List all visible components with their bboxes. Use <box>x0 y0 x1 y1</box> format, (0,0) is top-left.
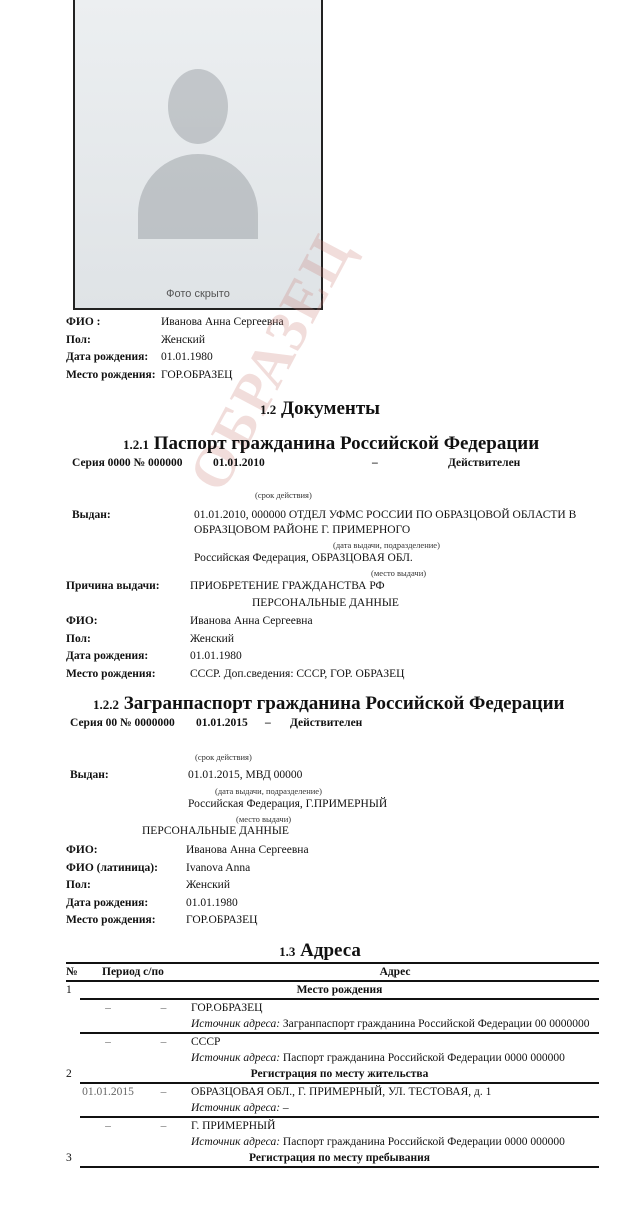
source-value: Паспорт гражданина Российской Федерации … <box>283 1136 565 1148</box>
field-label: Пол: <box>66 631 190 649</box>
addresses-heading: 1.3 Адреса <box>0 940 640 962</box>
passport-personal-data: ФИО:Иванова Анна Сергеевна Пол:Женский Д… <box>66 613 404 683</box>
period-from: 01.01.2015 <box>80 1083 136 1100</box>
summary-value: ГОР.ОБРАЗЕЦ <box>161 367 232 385</box>
field-value: СССР. Доп.сведения: СССР, ГОР. ОБРАЗЕЦ <box>190 666 404 684</box>
section-number: 1.2 <box>260 402 276 417</box>
foreign-personal-data: ФИО:Иванова Анна Сергеевна ФИО (латиница… <box>66 842 309 930</box>
foreign-series: Серия 00 № 0000000 <box>70 717 175 729</box>
personal-data-heading: ПЕРСОНАЛЬНЫЕ ДАННЫЕ <box>142 825 289 837</box>
issued-line-1: 01.01.2015, МВД 00000 <box>188 769 302 781</box>
place-caption: (место выдачи) <box>236 814 291 824</box>
source-value: Загранпаспорт гражданина Российской Феде… <box>283 1018 590 1030</box>
address-value: ГОР.ОБРАЗЕЦ <box>191 999 599 1016</box>
photo-placeholder: Фото скрыто <box>73 0 323 310</box>
field-label: ФИО: <box>66 613 190 631</box>
summary-block: ФИО :Иванова Анна Сергеевна Пол:Женский … <box>66 314 284 384</box>
personal-data-heading: ПЕРСОНАЛЬНЫЕ ДАННЫЕ <box>252 597 399 609</box>
section-number: 3 <box>66 1150 80 1167</box>
section-title: Загранпаспорт гражданина Российской Феде… <box>124 693 565 714</box>
field-value: Иванова Анна Сергеевна <box>190 613 313 631</box>
section-title: Регистрация по месту пребывания <box>80 1150 599 1167</box>
column-header-period: Период с/по <box>80 963 191 981</box>
address-source: Источник адреса: – <box>191 1100 599 1117</box>
table-row-source: Источник адреса: Паспорт гражданина Росс… <box>66 1134 599 1150</box>
section-number: 1 <box>66 981 80 999</box>
summary-label: Пол: <box>66 332 161 350</box>
summary-value: 01.01.1980 <box>161 349 213 367</box>
summary-label: Дата рождения: <box>66 349 161 367</box>
section-number: 2 <box>66 1066 80 1083</box>
summary-label: Место рождения: <box>66 367 161 385</box>
field-value: Женский <box>190 631 234 649</box>
issued-line-1: 01.01.2010, 000000 ОТДЕЛ УФМС РОССИИ ПО … <box>194 509 576 521</box>
passport-series: Серия 0000 № 000000 <box>72 457 182 469</box>
passport-issued-date: 01.01.2010 <box>213 457 265 469</box>
field-label: Место рождения: <box>66 912 186 930</box>
address-value: Г. ПРИМЕРНЫЙ <box>191 1117 599 1134</box>
passport-status: Действителен <box>448 457 520 469</box>
section-number: 1.2.1 <box>123 437 149 452</box>
issued-line-2: ОБРАЗЦОВОМ РАЙОНЕ Г. ПРИМЕРНОГО <box>194 524 410 536</box>
table-row: ––СССР <box>66 1033 599 1050</box>
address-source: Источник адреса: Паспорт гражданина Росс… <box>191 1134 599 1150</box>
addresses-table: № Период с/по Адрес 1Место рождения––ГОР… <box>66 962 599 1168</box>
section-number: 1.2.2 <box>93 697 119 712</box>
period-from: – <box>80 1117 136 1134</box>
foreign-status: Действителен <box>290 717 362 729</box>
person-silhouette-icon <box>138 69 258 239</box>
address-section-row: 1Место рождения <box>66 981 599 999</box>
field-label: Пол: <box>66 877 186 895</box>
spacer-cell <box>80 1050 191 1066</box>
field-value: 01.01.1980 <box>186 895 238 913</box>
summary-value: Женский <box>161 332 205 350</box>
field-value: Ivanova Anna <box>186 860 250 878</box>
section-title: Регистрация по месту жительства <box>80 1066 599 1083</box>
source-label: Источник адреса: <box>191 1052 283 1064</box>
spacer-cell <box>80 1016 191 1033</box>
table-row-source: Источник адреса: Загранпаспорт гражданин… <box>66 1016 599 1033</box>
section-title: Документы <box>281 398 380 419</box>
issued-label: Выдан: <box>72 509 111 521</box>
table-header-row: № Период с/по Адрес <box>66 963 599 981</box>
spacer-cell <box>66 1100 80 1117</box>
reason-label: Причина выдачи: <box>66 580 160 592</box>
column-header-number: № <box>66 963 80 981</box>
issued-caption: (дата выдачи, подразделение) <box>215 786 322 796</box>
validity-caption: (срок действия) <box>195 752 252 762</box>
spacer-cell <box>66 1050 80 1066</box>
spacer-cell <box>66 1134 80 1150</box>
period-to: – <box>136 1083 191 1100</box>
source-label: Источник адреса: <box>191 1136 283 1148</box>
issued-place: Российская Федерация, Г.ПРИМЕРНЫЙ <box>188 798 387 810</box>
field-label: Дата рождения: <box>66 895 186 913</box>
period-to: – <box>136 1117 191 1134</box>
spacer-cell <box>66 999 80 1016</box>
field-label: ФИО (латиница): <box>66 860 186 878</box>
address-section-row: 2Регистрация по месту жительства <box>66 1066 599 1083</box>
photo-caption: Фото скрыто <box>75 288 321 300</box>
section-title: Адреса <box>300 940 361 961</box>
issued-place: Российская Федерация, ОБРАЗЦОВАЯ ОБЛ. <box>194 552 413 564</box>
period-from: – <box>80 999 136 1016</box>
field-value: ГОР.ОБРАЗЕЦ <box>186 912 257 930</box>
source-label: Источник адреса: <box>191 1102 283 1114</box>
period-to: – <box>136 1033 191 1050</box>
table-row: ––Г. ПРИМЕРНЫЙ <box>66 1117 599 1134</box>
documents-heading: 1.2 Документы <box>0 398 640 420</box>
foreign-passport-heading: 1.2.2 Загранпаспорт гражданина Российско… <box>93 693 565 715</box>
spacer-cell <box>80 1134 191 1150</box>
field-value: 01.01.1980 <box>190 648 242 666</box>
field-label: Дата рождения: <box>66 648 190 666</box>
summary-label: ФИО : <box>66 314 161 332</box>
section-title: Место рождения <box>80 981 599 999</box>
issued-caption: (дата выдачи, подразделение) <box>333 540 440 550</box>
field-value: Иванова Анна Сергеевна <box>186 842 309 860</box>
field-value: Женский <box>186 877 230 895</box>
source-value: – <box>283 1102 289 1114</box>
place-caption: (место выдачи) <box>371 568 426 578</box>
period-to: – <box>136 999 191 1016</box>
address-source: Источник адреса: Паспорт гражданина Росс… <box>191 1050 599 1066</box>
spacer-cell <box>80 1100 191 1117</box>
spacer-cell <box>66 1033 80 1050</box>
table-row: 01.01.2015–ОБРАЗЦОВАЯ ОБЛ., Г. ПРИМЕРНЫЙ… <box>66 1083 599 1100</box>
address-source: Источник адреса: Загранпаспорт гражданин… <box>191 1016 599 1033</box>
section-title: Паспорт гражданина Российской Федерации <box>154 433 539 454</box>
table-row-source: Источник адреса: – <box>66 1100 599 1117</box>
passport-dash: – <box>372 457 378 469</box>
period-from: – <box>80 1033 136 1050</box>
source-value: Паспорт гражданина Российской Федерации … <box>283 1052 565 1064</box>
spacer-cell <box>66 1016 80 1033</box>
address-value: СССР <box>191 1033 599 1050</box>
section-number: 1.3 <box>279 944 295 959</box>
address-section-row: 3Регистрация по месту пребывания <box>66 1150 599 1167</box>
foreign-issued-date: 01.01.2015 <box>196 717 248 729</box>
foreign-dash: – <box>265 717 271 729</box>
table-row-source: Источник адреса: Паспорт гражданина Росс… <box>66 1050 599 1066</box>
summary-value: Иванова Анна Сергеевна <box>161 314 284 332</box>
issued-label: Выдан: <box>70 769 109 781</box>
address-value: ОБРАЗЦОВАЯ ОБЛ., Г. ПРИМЕРНЫЙ, УЛ. ТЕСТО… <box>191 1083 599 1100</box>
source-label: Источник адреса: <box>191 1018 283 1030</box>
field-label: Место рождения: <box>66 666 190 684</box>
validity-caption: (срок действия) <box>255 490 312 500</box>
spacer-cell <box>66 1117 80 1134</box>
table-row: ––ГОР.ОБРАЗЕЦ <box>66 999 599 1016</box>
reason-value: ПРИОБРЕТЕНИЕ ГРАЖДАНСТВА РФ <box>190 580 385 592</box>
spacer-cell <box>66 1083 80 1100</box>
passport-heading: 1.2.1 Паспорт гражданина Российской Феде… <box>123 433 539 455</box>
column-header-address: Адрес <box>191 963 599 981</box>
field-label: ФИО: <box>66 842 186 860</box>
